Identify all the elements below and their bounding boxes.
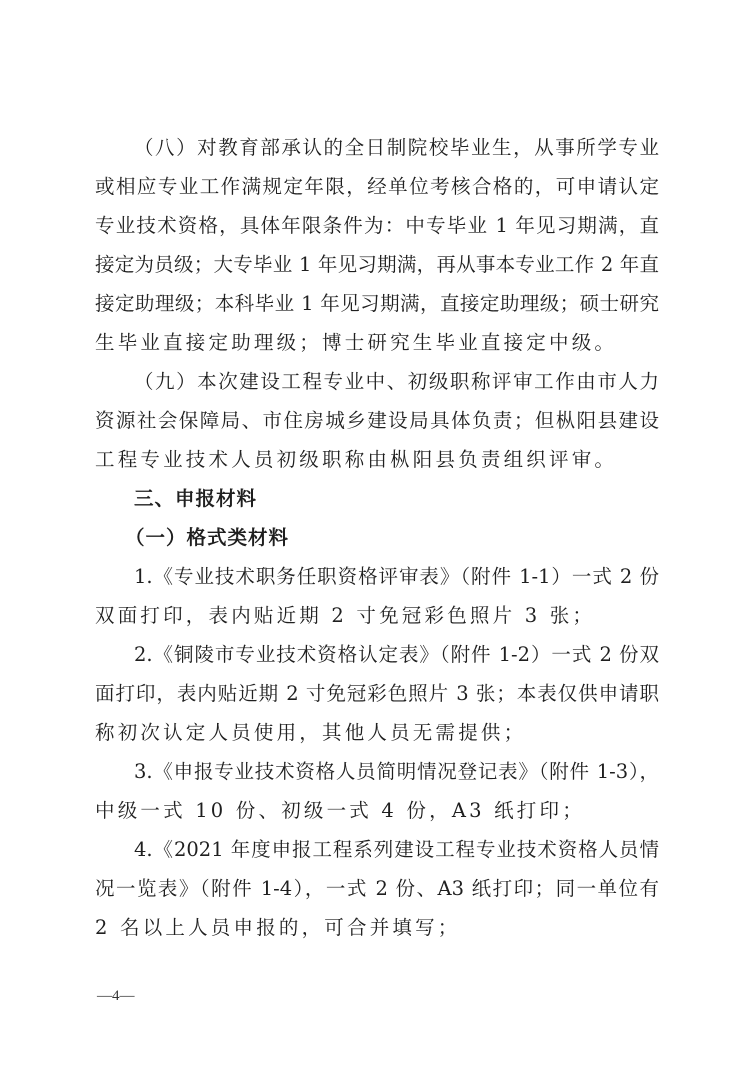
material-item-3: 3.《申报专业技术资格人员简明情况登记表》（附件 1-3）， 中级一式 10 份… [95,752,659,830]
section-heading: 三、申报材料 [95,479,659,518]
text-line: 资源社会保障局、市住房城乡建设局具体负责；但枞阳县建设 [95,401,659,440]
document-page: （八）对教育部承认的全日制院校毕业生，从事所学专业 或相应专业工作满规定年限，经… [95,128,659,947]
text-line: 工程专业技术人员初级职称由枞阳县负责组织评审。 [95,440,659,479]
material-item-2: 2.《铜陵市专业技术资格认定表》（附件 1-2）一式 2 份双 面打印，表内贴近… [95,635,659,752]
subsection-heading: （一）格式类材料 [95,518,659,557]
text-line: 称初次认定人员使用，其他人员无需提供； [95,713,659,752]
material-item-1: 1.《专业技术职务任职资格评审表》（附件 1-1）一式 2 份 双面打印，表内贴… [95,557,659,635]
text-line: 双面打印，表内贴近期 2 寸免冠彩色照片 3 张； [95,596,659,635]
material-item-4: 4.《2021 年度申报工程系列建设工程专业技术资格人员情 况一览表》（附件 1… [95,830,659,947]
text-line: 2 名以上人员申报的，可合并填写； [95,908,659,947]
text-line: （九）本次建设工程专业中、初级职称评审工作由市人力 [95,362,659,401]
text-line: 生毕业直接定助理级；博士研究生毕业直接定中级。 [95,323,659,362]
text-line: 3.《申报专业技术资格人员简明情况登记表》（附件 1-3）， [95,752,659,791]
text-line: 面打印，表内贴近期 2 寸免冠彩色照片 3 张；本表仅供申请职 [95,674,659,713]
text-line: 接定为员级；大专毕业 1 年见习期满，再从事本专业工作 2 年直 [95,245,659,284]
page-number: —4— [97,988,135,1005]
text-line: （八）对教育部承认的全日制院校毕业生，从事所学专业 [95,128,659,167]
paragraph-item-9: （九）本次建设工程专业中、初级职称评审工作由市人力 资源社会保障局、市住房城乡建… [95,362,659,479]
text-line: 接定助理级；本科毕业 1 年见习期满，直接定助理级；硕士研究 [95,284,659,323]
text-line: 专业技术资格，具体年限条件为：中专毕业 1 年见习期满，直 [95,206,659,245]
text-line: 或相应专业工作满规定年限，经单位考核合格的，可申请认定 [95,167,659,206]
text-line: 中级一式 10 份、初级一式 4 份，A3 纸打印； [95,791,659,830]
text-line: 况一览表》（附件 1-4），一式 2 份、A3 纸打印；同一单位有 [95,869,659,908]
paragraph-item-8: （八）对教育部承认的全日制院校毕业生，从事所学专业 或相应专业工作满规定年限，经… [95,128,659,362]
text-line: 1.《专业技术职务任职资格评审表》（附件 1-1）一式 2 份 [95,557,659,596]
text-line: 4.《2021 年度申报工程系列建设工程专业技术资格人员情 [95,830,659,869]
text-line: 2.《铜陵市专业技术资格认定表》（附件 1-2）一式 2 份双 [95,635,659,674]
